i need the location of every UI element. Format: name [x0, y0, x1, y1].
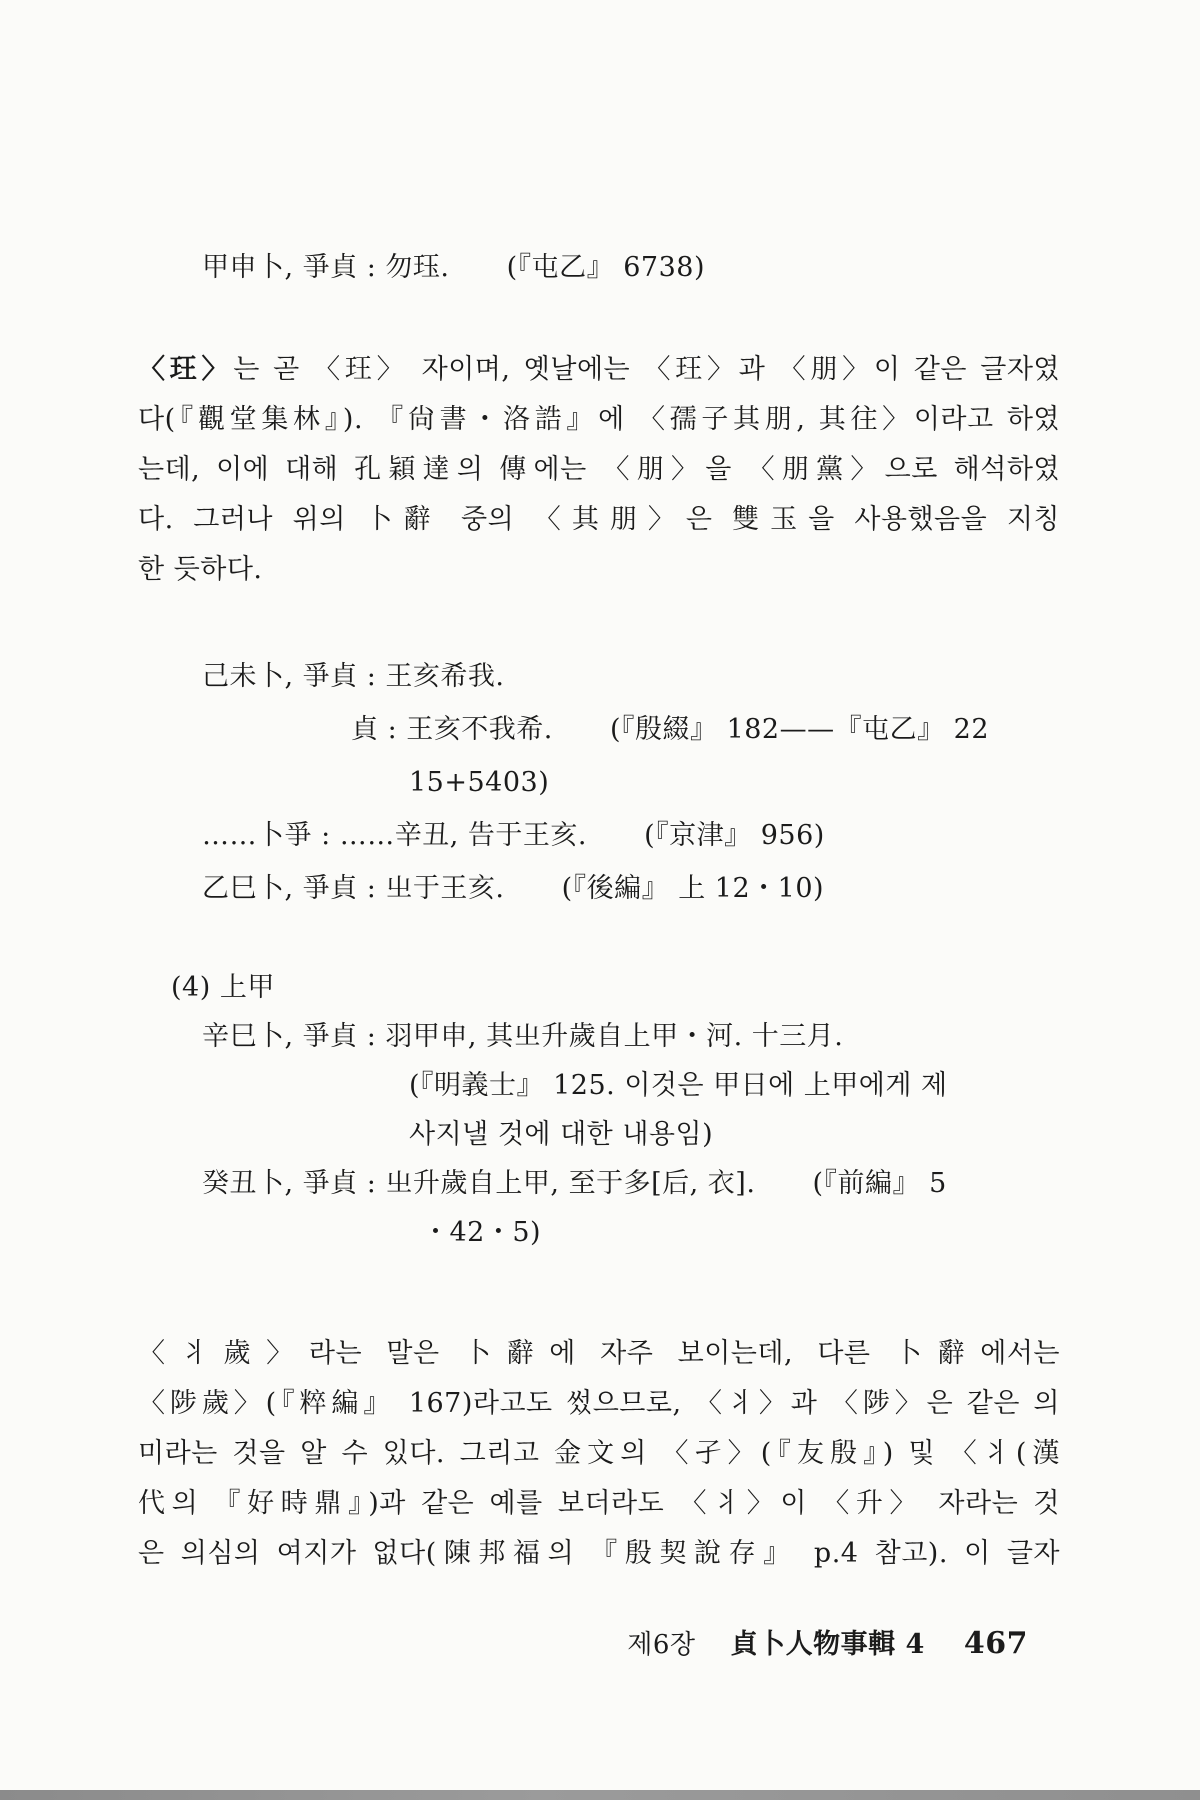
- text-line: 는데, 이에 대해 孔穎達의 傳에는 〈朋〉을 〈朋黨〉으로 해석하였: [138, 445, 1060, 495]
- oracle-entry: 癸丑卜, 爭貞 : 㞢升歲自上甲, 至于多[后, 衣]. (『前編』 5: [138, 1159, 1060, 1208]
- emphasized-glyph: 〈玨〉: [138, 354, 233, 385]
- text-line: 미라는 것을 알 수 있다. 그리고 金文의 〈孑〉(『友殷』) 및 〈丬(漢: [138, 1429, 1060, 1479]
- scan-edge-artifact: [0, 1790, 1200, 1800]
- text-line: 〈陟歲〉(『粹編』 167)라고도 썼으므로, 〈丬〉과 〈陟〉은 같은 의: [138, 1379, 1060, 1429]
- oracle-entry-continuation: ・42・5): [138, 1208, 1060, 1257]
- page-footer: 제6장 貞卜人物事輯 4 467: [138, 1623, 1060, 1665]
- text-line: 〈丬歲〉라는 말은 卜辭에 자주 보이는데, 다른 卜辭에서는: [138, 1329, 1060, 1379]
- oracle-text: 癸丑卜, 爭貞 : 㞢升歲自上甲, 至于多[后, 衣].: [202, 1168, 755, 1199]
- oracle-entry-continuation: 15+5403): [138, 756, 1060, 809]
- oracle-entry-note: 사지낼 것에 대한 내용임): [138, 1110, 1060, 1159]
- book-section-title: 貞卜人物事輯 4: [731, 1629, 925, 1660]
- text-line: 〈玨〉는 곧 〈玨〉 자이며, 옛날에는 〈玨〉과 〈朋〉이 같은 글자였: [138, 345, 1060, 395]
- text-column: 甲申卜, 爭貞 : 勿珏. (『屯乙』 6738) 〈玨〉는 곧 〈玨〉 자이며…: [0, 243, 1200, 1665]
- book-page-scan: 甲申卜, 爭貞 : 勿珏. (『屯乙』 6738) 〈玨〉는 곧 〈玨〉 자이며…: [0, 0, 1200, 1800]
- source-ref: (『後編』 上 12・10): [562, 873, 824, 904]
- source-ref: (『京津』 956): [644, 820, 825, 851]
- oracle-entry: 辛巳卜, 爭貞 : 羽甲申, 其㞢升歲自上甲・河. 十三月.: [138, 1012, 1060, 1061]
- oracle-entry-note: (『明義士』 125. 이것은 甲日에 上甲에게 제: [138, 1061, 1060, 1110]
- section-heading: (4) 上甲: [138, 963, 1060, 1012]
- source-ref: (『前編』 5: [813, 1168, 947, 1199]
- oracle-entry: 貞 : 王亥不我希. (『殷綴』 182——『屯乙』 22: [138, 703, 1060, 756]
- oracle-text: 乙巳卜, 爭貞 : 㞢于王亥.: [202, 873, 505, 904]
- text-line-content: 는 곧 〈玨〉 자이며, 옛날에는 〈玨〉과 〈朋〉이 같은 글자였: [233, 354, 1060, 385]
- source-ref: (『屯乙』 6738): [507, 252, 705, 283]
- paragraph-2: 〈丬歲〉라는 말은 卜辭에 자주 보이는데, 다른 卜辭에서는 〈陟歲〉(『粹編…: [138, 1329, 1060, 1579]
- text-line: 은 의심의 여지가 없다(陳邦福의 『殷契說存』 p.4 참고). 이 글자: [138, 1529, 1060, 1579]
- oracle-quote-block: 己未卜, 爭貞 : 王亥希我. 貞 : 王亥不我希. (『殷綴』 182——『屯…: [138, 650, 1060, 915]
- oracle-text: 己未卜, 爭貞 : 王亥希我.: [202, 661, 505, 692]
- chapter-label: 제6장: [627, 1630, 695, 1660]
- oracle-text: 甲申卜, 爭貞 : 勿珏.: [202, 252, 450, 283]
- oracle-entry: ……卜爭 : ……辛丑, 告于王亥. (『京津』 956): [138, 809, 1060, 862]
- oracle-entry: 己未卜, 爭貞 : 王亥希我.: [138, 650, 1060, 703]
- oracle-text: 貞 : 王亥不我希.: [351, 714, 553, 745]
- text-line: 한 듯하다.: [138, 545, 1060, 595]
- text-line: 代의 『好時鼎』)과 같은 예를 보더라도 〈丬〉이 〈升〉 자라는 것: [138, 1479, 1060, 1529]
- page-number: 467: [964, 1626, 1028, 1661]
- section-4-sangap: (4) 上甲 辛巳卜, 爭貞 : 羽甲申, 其㞢升歲自上甲・河. 十三月. (『…: [138, 963, 1060, 1257]
- text-line: 다. 그러나 위의 卜辭 중의 〈其朋〉은 雙玉을 사용했음을 지칭: [138, 495, 1060, 545]
- oracle-entry: 乙巳卜, 爭貞 : 㞢于王亥. (『後編』 上 12・10): [138, 862, 1060, 915]
- oracle-text: ……卜爭 : ……辛丑, 告于王亥.: [202, 820, 587, 851]
- text-line: 다(『觀堂集林』). 『尙書・洛誥』에 〈孺子其朋, 其往〉이라고 하였: [138, 395, 1060, 445]
- oracle-quote-top: 甲申卜, 爭貞 : 勿珏. (『屯乙』 6738): [138, 243, 1060, 293]
- paragraph-1: 〈玨〉는 곧 〈玨〉 자이며, 옛날에는 〈玨〉과 〈朋〉이 같은 글자였 다(…: [138, 345, 1060, 595]
- source-ref: (『殷綴』 182——『屯乙』 22: [610, 714, 989, 745]
